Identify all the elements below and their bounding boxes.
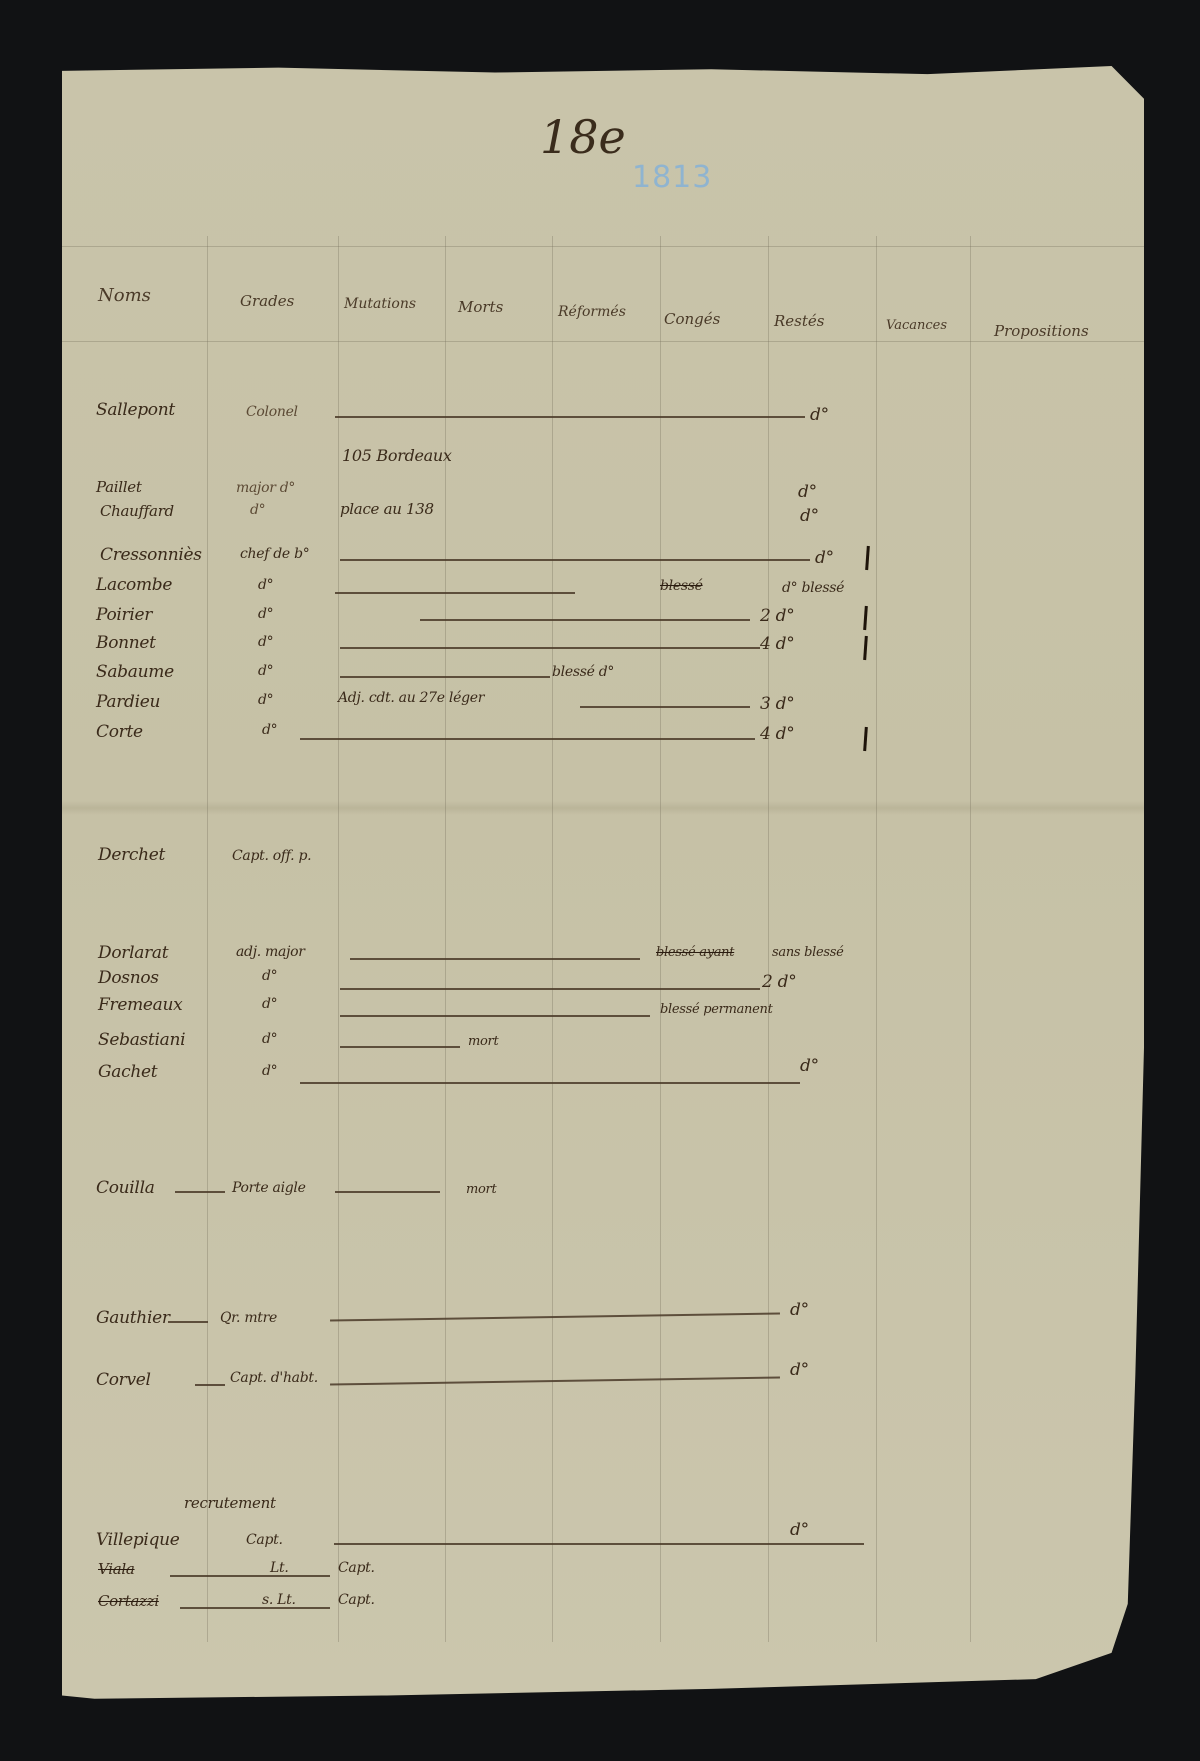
row-dash xyxy=(340,1046,460,1048)
row-grade: Capt. xyxy=(246,1532,283,1548)
column-rule xyxy=(660,236,661,1642)
row-dash xyxy=(350,958,640,960)
row-dash xyxy=(340,988,760,990)
row-restes: sans blessé xyxy=(772,945,844,960)
row-mutation: place au 138 xyxy=(340,500,434,518)
row-note: blessé xyxy=(660,578,703,594)
row-name: Sabaume xyxy=(96,662,174,682)
row-grade: d° xyxy=(258,663,273,679)
row-name: Pardieu xyxy=(96,692,160,712)
row-grade: Capt. off. p. xyxy=(232,848,311,864)
row-dash xyxy=(340,647,760,649)
row-name: Derchet xyxy=(98,845,165,865)
row-name: Villepique xyxy=(96,1530,180,1550)
header-propositions: Propositions xyxy=(994,322,1089,340)
row-dash xyxy=(335,416,805,418)
row-mutation: Capt. xyxy=(338,1592,375,1608)
row-note: blessé d° xyxy=(552,664,614,680)
column-rule xyxy=(768,236,769,1642)
row-grade: s. Lt. xyxy=(262,1592,296,1608)
row-grade: d° xyxy=(258,577,273,593)
row-restes: 4 d° xyxy=(760,634,794,654)
column-rule xyxy=(970,236,971,1642)
row-grade: Colonel xyxy=(246,404,298,420)
header-noms: Noms xyxy=(98,285,151,306)
row-dash xyxy=(180,1607,330,1609)
header-conges: Congés xyxy=(664,310,720,328)
row-morts: mort xyxy=(468,1034,498,1049)
row-name: Gachet xyxy=(98,1062,157,1082)
row-grade: d° xyxy=(262,968,277,984)
row-dash xyxy=(340,676,550,678)
row-dash xyxy=(580,706,750,708)
row-name: Lacombe xyxy=(96,575,172,595)
row-name: Dosnos xyxy=(98,968,159,988)
row-grade: d° xyxy=(262,722,277,738)
row-name: Chauffard xyxy=(100,502,174,520)
row-name: Cressonniès xyxy=(100,545,202,565)
row-restes: d° xyxy=(815,548,834,568)
row-grade: Lt. xyxy=(270,1560,288,1576)
row-mutation: 105 Bordeaux xyxy=(342,446,452,465)
header-vacances: Vacances xyxy=(886,318,947,333)
row-morts: mort xyxy=(466,1182,496,1197)
page-number: 18e xyxy=(540,110,626,164)
row-grade: Porte aigle xyxy=(232,1180,306,1196)
row-name: Fremeaux xyxy=(98,995,182,1015)
row-dash xyxy=(340,559,810,561)
row-restes: d° xyxy=(798,482,817,502)
row-restes: d° xyxy=(790,1520,809,1540)
row-name-struck: Cortazzi xyxy=(98,1592,159,1610)
row-name: Sebastiani xyxy=(98,1030,185,1050)
row-grade: chef de b° xyxy=(240,546,309,562)
row-name: Poirier xyxy=(96,605,152,625)
row-name: Dorlarat xyxy=(98,943,168,963)
row-grade: adj. major xyxy=(236,944,305,960)
row-restes: 2 d° xyxy=(762,972,796,992)
row-grade: major d° xyxy=(236,480,295,496)
row-grade: Qr. mtre xyxy=(220,1310,277,1326)
header-rule xyxy=(62,246,1144,247)
row-restes: d° xyxy=(800,506,819,526)
row-grade: d° xyxy=(258,606,273,622)
pencil-year: 1813 xyxy=(632,160,712,195)
row-grade: d° xyxy=(262,1031,277,1047)
row-dash xyxy=(168,1321,208,1323)
row-dash xyxy=(335,1191,440,1193)
row-name: Sallepont xyxy=(96,400,175,420)
header-rule xyxy=(62,341,1144,342)
row-restes: d° xyxy=(800,1056,819,1076)
row-restes: 3 d° xyxy=(760,694,794,714)
row-dash xyxy=(170,1575,330,1577)
row-dash xyxy=(195,1384,225,1386)
paper-fold xyxy=(62,801,1144,815)
row-restes: 4 d° xyxy=(760,724,794,744)
row-dash xyxy=(335,592,575,594)
header-grades: Grades xyxy=(240,292,294,310)
row-name: Bonnet xyxy=(96,633,156,653)
header-morts: Morts xyxy=(458,298,503,316)
row-name: Couilla xyxy=(96,1178,155,1198)
header-reformes: Réformés xyxy=(558,304,626,320)
header-mutations: Mutations xyxy=(344,296,416,312)
row-restes: 2 d° xyxy=(760,606,794,626)
row-grade: d° xyxy=(258,634,273,650)
row-grade: d° xyxy=(262,1063,277,1079)
row-restes: d° xyxy=(790,1300,809,1320)
row-dash xyxy=(340,1015,650,1017)
row-name: Corte xyxy=(96,722,143,742)
column-rule xyxy=(876,236,877,1642)
row-dash xyxy=(420,619,750,621)
row-name-struck: Viala xyxy=(98,1560,135,1578)
row-dash xyxy=(300,1082,800,1084)
section-heading: recrutement xyxy=(184,1494,276,1512)
row-restes: d° xyxy=(790,1360,809,1380)
row-mutation: Capt. xyxy=(338,1560,375,1576)
row-grade: Capt. d'habt. xyxy=(230,1370,318,1386)
row-grade: d° xyxy=(258,692,273,708)
row-restes: d° xyxy=(810,405,829,425)
row-mutation: Adj. cdt. au 27e léger xyxy=(338,690,484,706)
row-name: Gauthier xyxy=(96,1308,170,1328)
row-grade: d° xyxy=(262,996,277,1012)
row-note: blessé permanent xyxy=(660,1002,773,1017)
column-rule xyxy=(338,236,339,1642)
row-name: Corvel xyxy=(96,1370,151,1390)
row-dash xyxy=(300,738,755,740)
header-restes: Restés xyxy=(774,312,824,330)
row-note: blessé ayant xyxy=(656,945,734,960)
row-dash xyxy=(175,1191,225,1193)
row-grade: d° xyxy=(250,502,265,518)
row-restes: d° blessé xyxy=(782,580,844,596)
column-rule xyxy=(552,236,553,1642)
column-rule xyxy=(207,236,208,1642)
row-dash xyxy=(334,1543,864,1545)
row-name: Paillet xyxy=(96,478,142,496)
